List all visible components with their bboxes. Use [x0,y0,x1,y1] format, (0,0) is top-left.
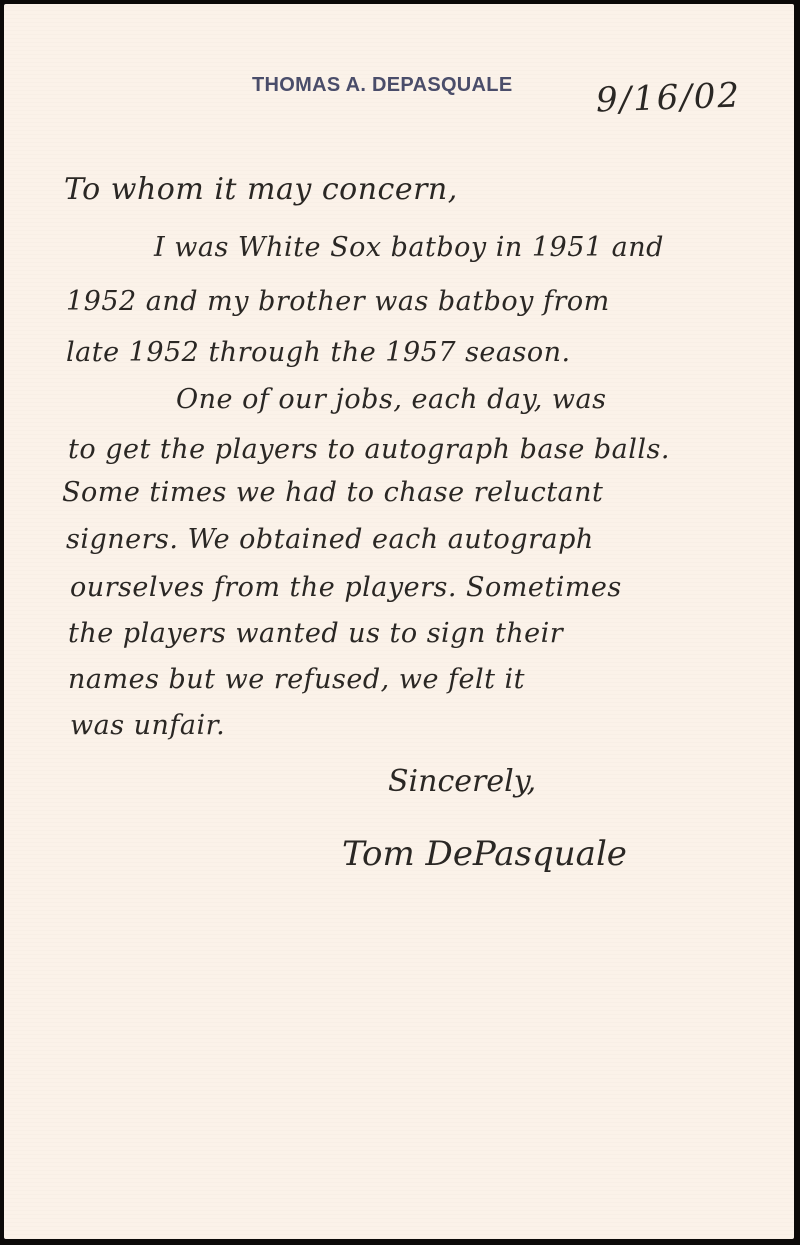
body-line-5: to get the players to autograph base bal… [68,434,670,465]
body-line-8: ourselves from the players. Sometimes [70,572,622,603]
salutation: To whom it may concern, [64,172,458,207]
body-line-1: I was White Sox batboy in 1951 and [154,232,664,263]
body-line-11: was unfair. [70,710,225,741]
body-line-4: One of our jobs, each day, was [176,384,606,415]
body-line-7: signers. We obtained each autograph [66,524,594,555]
valediction: Sincerely, [388,764,536,799]
letter-date: 9/16/02 [595,75,741,120]
body-line-9: the players wanted us to sign their [68,618,563,649]
letterhead-name: THOMAS A. DEPASQUALE [252,74,512,97]
body-line-3: late 1952 through the 1957 season. [66,337,571,368]
signature: Tom DePasquale [342,834,627,874]
body-line-10: names but we refused, we felt it [68,664,525,695]
body-line-2: 1952 and my brother was batboy from [66,286,610,317]
letter-sheet: THOMAS A. DEPASQUALE 9/16/02 To whom it … [4,4,794,1239]
body-line-6: Some times we had to chase reluctant [62,477,603,508]
